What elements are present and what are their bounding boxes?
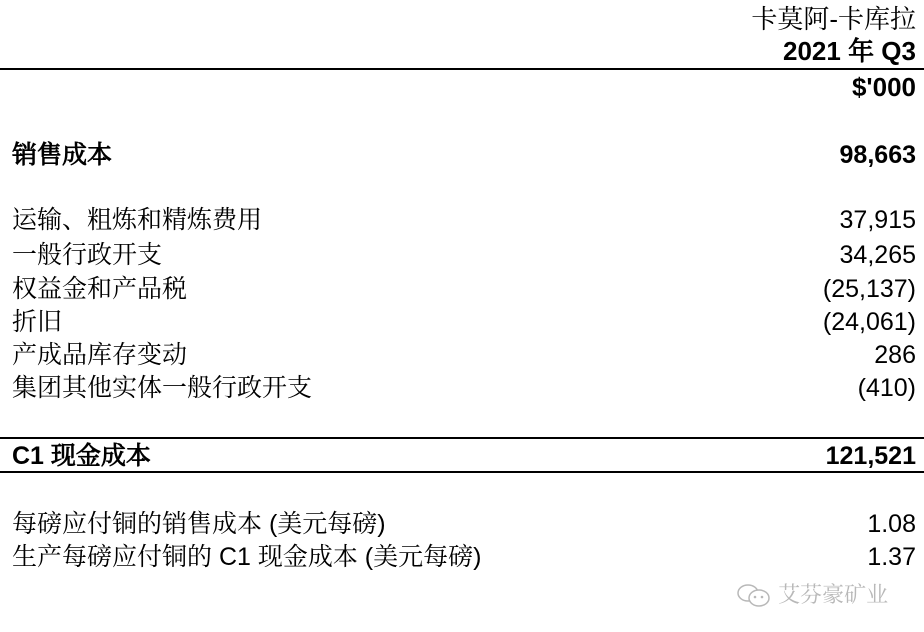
row-label: 集团其他实体一般行政开支 bbox=[12, 372, 312, 405]
per-lb-row: 生产每磅应付铜的 C1 现金成本 (美元每磅) 1.37 bbox=[0, 541, 924, 574]
period-header: 2021 年 Q3 bbox=[783, 36, 916, 66]
c1-cost-row: C1 现金成本 121,521 bbox=[0, 440, 924, 473]
row-label: C1 现金成本 bbox=[12, 440, 151, 473]
table-row: 权益金和产品税 (25,137) bbox=[0, 273, 924, 306]
row-value: 37,915 bbox=[840, 204, 916, 237]
row-value: 121,521 bbox=[826, 440, 916, 473]
sales-cost-row: 销售成本 98,663 bbox=[0, 139, 924, 172]
table-row: 折旧 (24,061) bbox=[0, 306, 924, 339]
row-label: 一般行政开支 bbox=[12, 239, 162, 272]
row-value: 1.08 bbox=[867, 508, 916, 541]
row-value: 98,663 bbox=[840, 139, 916, 172]
table-row: 集团其他实体一般行政开支 (410) bbox=[0, 372, 924, 405]
table-row: 产成品库存变动 286 bbox=[0, 339, 924, 372]
row-label: 销售成本 bbox=[12, 139, 112, 172]
row-label: 产成品库存变动 bbox=[12, 339, 187, 372]
total-top-rule bbox=[0, 437, 924, 439]
row-value: (24,061) bbox=[823, 306, 916, 339]
row-value: 286 bbox=[874, 339, 916, 372]
row-value: 34,265 bbox=[840, 239, 916, 272]
row-label: 生产每磅应付铜的 C1 现金成本 (美元每磅) bbox=[12, 541, 481, 574]
watermark: 艾芬豪矿业 bbox=[736, 578, 888, 609]
row-value: (410) bbox=[858, 372, 916, 405]
header-rule bbox=[0, 68, 924, 70]
entity-header: 卡莫阿-卡库拉 bbox=[751, 4, 916, 34]
per-lb-row: 每磅应付铜的销售成本 (美元每磅) 1.08 bbox=[0, 508, 924, 541]
total-bottom-rule bbox=[0, 471, 924, 473]
table-row: 一般行政开支 34,265 bbox=[0, 239, 924, 272]
table-row: 运输、粗炼和精炼费用 37,915 bbox=[0, 204, 924, 237]
row-label: 权益金和产品税 bbox=[12, 273, 187, 306]
row-label: 运输、粗炼和精炼费用 bbox=[12, 204, 262, 237]
row-value: 1.37 bbox=[867, 541, 916, 574]
watermark-text: 艾芬豪矿业 bbox=[778, 582, 888, 607]
unit-header: $'000 bbox=[852, 72, 916, 102]
row-label: 每磅应付铜的销售成本 (美元每磅) bbox=[12, 508, 386, 541]
row-label: 折旧 bbox=[12, 306, 62, 339]
wechat-icon bbox=[736, 583, 772, 609]
row-value: (25,137) bbox=[823, 273, 916, 306]
